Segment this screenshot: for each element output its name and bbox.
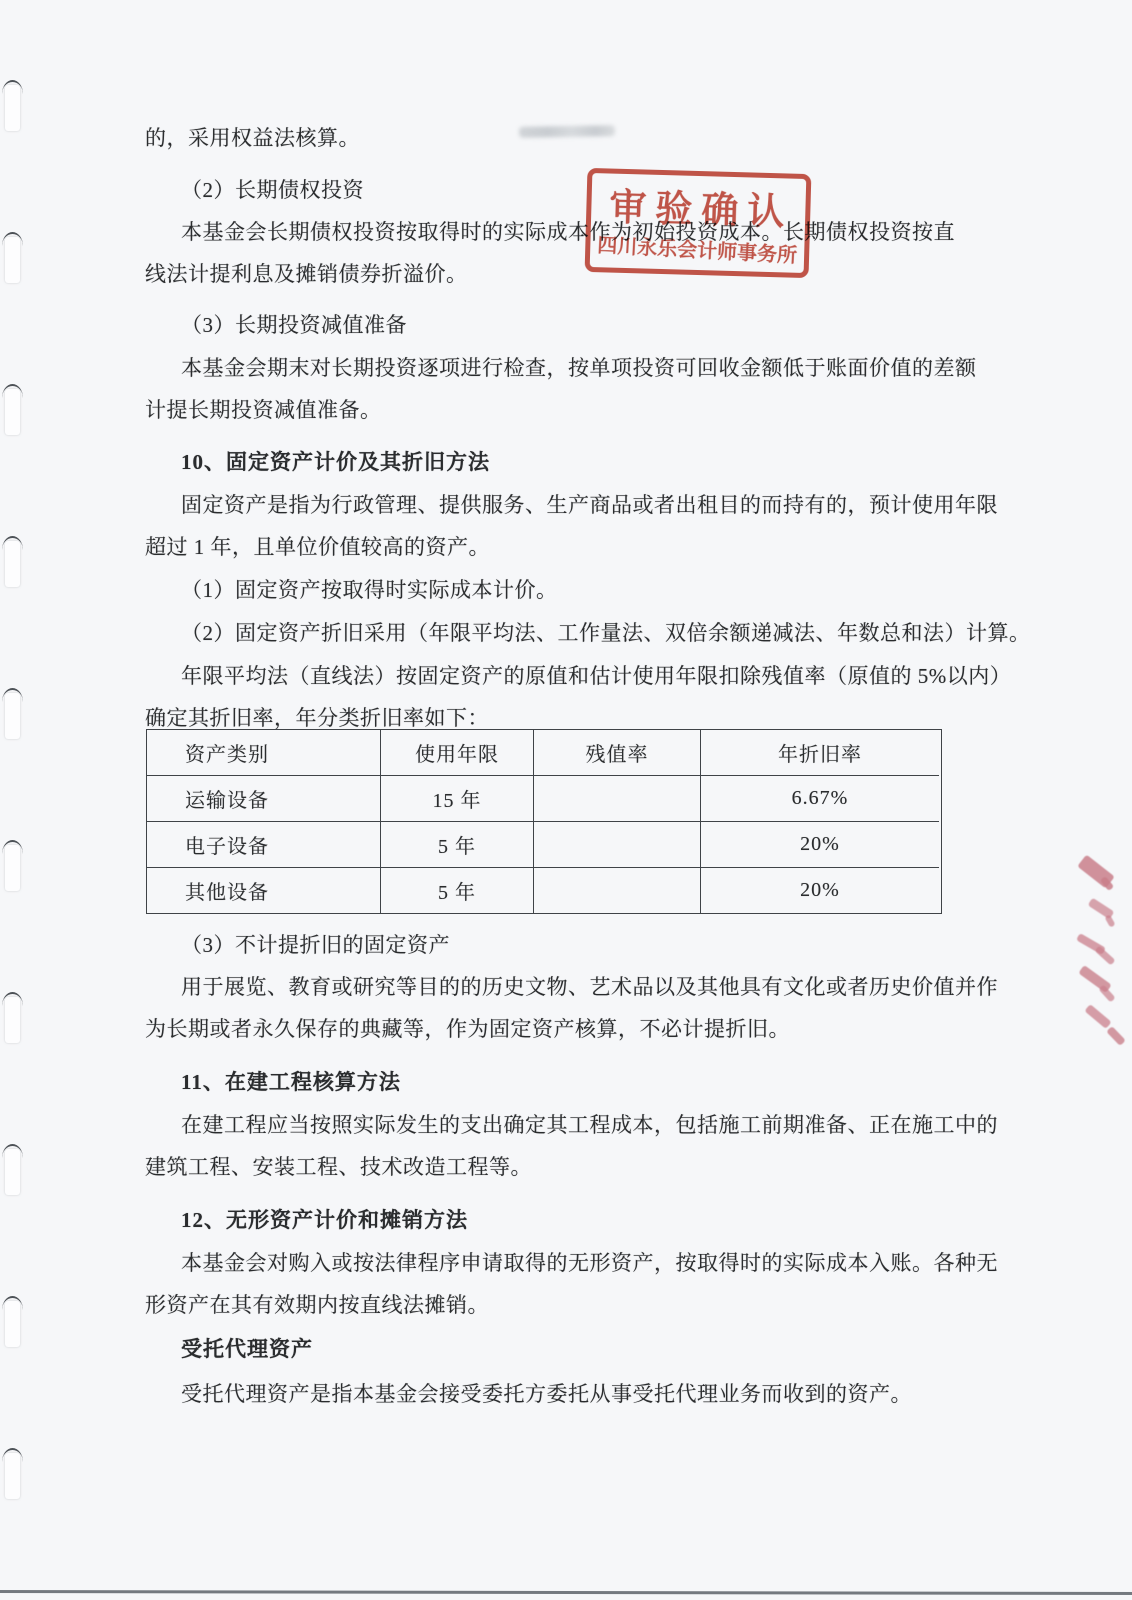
binding-hole	[5, 85, 20, 131]
table-cell: 运输设备	[147, 776, 381, 822]
binding-hole	[5, 237, 20, 283]
table-header-cell: 资产类别	[147, 730, 381, 776]
text-line: （3）不计提折旧的固定资产	[181, 929, 450, 959]
text-line: （2）固定资产折旧采用（年限平均法、工作量法、双倍余额递减法、年数总和法）计算。	[181, 617, 1031, 647]
scanned-document-page: 的，采用权益法核算。（2）长期债权投资本基金会长期债权投资按取得时的实际成本作为…	[0, 0, 1132, 1600]
text-line: （2）长期债权投资	[181, 174, 364, 204]
text-line: 计提长期投资减值准备。	[145, 394, 382, 424]
table-header-cell: 使用年限	[381, 730, 534, 776]
text-line: 固定资产是指为行政管理、提供服务、生产商品或者出租目的而持有的，预计使用年限	[181, 489, 998, 519]
faded-text-smudge	[519, 125, 615, 138]
binding-hole	[5, 693, 20, 739]
text-line: 确定其折旧率，年分类折旧率如下：	[145, 702, 489, 732]
text-line: 在建工程应当按照实际发生的支出确定其工程成本，包括施工前期准备、正在施工中的	[181, 1109, 998, 1139]
table-cell: 6.67%	[701, 776, 939, 822]
binding-hole	[5, 541, 20, 587]
binding-hole	[5, 845, 20, 891]
binding-hole	[5, 997, 20, 1043]
section-heading: 10、固定资产计价及其折旧方法	[181, 446, 490, 476]
text-line: 本基金会对购入或按法律程序申请取得的无形资产，按取得时的实际成本入账。各种无	[181, 1247, 998, 1277]
text-line: 本基金会期末对长期投资逐项进行检查，按单项投资可回收金额低于账面价值的差额	[181, 352, 977, 382]
text-line: 形资产在其有效期内按直线法摊销。	[145, 1289, 489, 1319]
binding-hole	[5, 1149, 20, 1195]
table-cell: 电子设备	[147, 822, 381, 868]
table-cell	[534, 822, 701, 868]
text-line: 线法计提利息及摊销债券折溢价。	[145, 258, 468, 288]
text-line: 建筑工程、安装工程、技术改造工程等。	[145, 1151, 532, 1181]
text-line: 的，采用权益法核算。	[145, 122, 360, 152]
binding-hole	[5, 1301, 20, 1347]
text-line: 用于展览、教育或研究等目的的历史文物、艺术品以及其他具有文化或者历史价值并作	[181, 971, 998, 1001]
table-cell: 5 年	[381, 868, 534, 913]
text-line: （1）固定资产按取得时实际成本计价。	[181, 574, 558, 604]
table-header-cell: 残值率	[534, 730, 701, 776]
audit-stamp-title: 审验确认	[597, 176, 806, 236]
text-line: 受托代理资产是指本基金会接受委托方委托从事受托代理业务而收到的资产。	[181, 1378, 912, 1408]
text-line: 超过 1 年，且单位价值较高的资产。	[145, 531, 490, 561]
text-line: 为长期或者永久保存的典藏等，作为固定资产核算，不必计提折旧。	[145, 1013, 790, 1043]
section-heading: 12、无形资产计价和摊销方法	[181, 1204, 468, 1234]
red-stamp-fragment	[1048, 856, 1132, 1048]
depreciation-rate-table: 资产类别使用年限残值率年折旧率运输设备15 年6.67%电子设备5 年20%其他…	[146, 729, 942, 914]
text-line: （3）长期投资减值准备	[181, 309, 407, 339]
table-header-cell: 年折旧率	[701, 730, 939, 776]
table-cell	[534, 776, 701, 822]
page-bottom-edge	[0, 1590, 1132, 1594]
binding-hole	[5, 389, 20, 435]
table-cell: 其他设备	[147, 868, 381, 913]
audit-stamp: 审验确认 四川永乐会计师事务所	[585, 168, 812, 278]
table-cell: 20%	[701, 822, 939, 868]
table-cell: 15 年	[381, 776, 534, 822]
text-line: 年限平均法（直线法）按固定资产的原值和估计使用年限扣除残值率（原值的 5%以内）	[181, 660, 1011, 690]
binding-hole	[5, 1453, 20, 1499]
table-cell: 5 年	[381, 822, 534, 868]
table-cell: 20%	[701, 868, 939, 913]
table-cell	[534, 868, 701, 913]
section-heading: 11、在建工程核算方法	[181, 1066, 401, 1096]
text-line: 本基金会长期债权投资按取得时的实际成本作为初始投资成本。长期债权投资按直	[181, 216, 955, 246]
section-heading: 受托代理资产	[181, 1333, 313, 1363]
